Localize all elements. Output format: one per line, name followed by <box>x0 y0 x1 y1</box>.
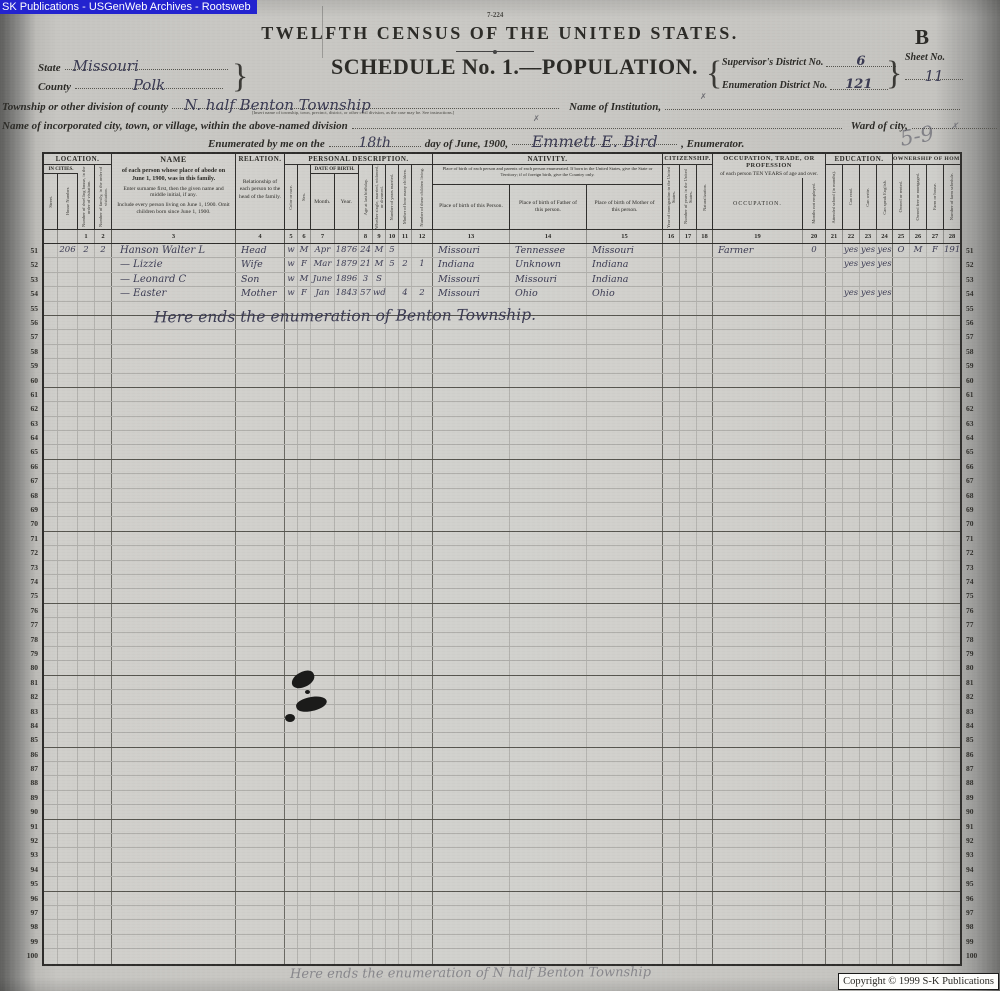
cell-pob <box>433 431 510 444</box>
cell-owned <box>893 575 910 588</box>
cell-living <box>412 719 433 732</box>
cell-family <box>95 848 112 861</box>
cell-sex <box>298 330 311 343</box>
cell-family <box>95 258 112 271</box>
cell-family <box>95 374 112 387</box>
cell-house <box>58 661 78 674</box>
table-row <box>44 820 960 834</box>
cell-months_unemp <box>803 402 826 415</box>
cell-school <box>826 489 843 502</box>
cell-name <box>112 863 236 876</box>
line-number: 84 <box>20 719 38 733</box>
cell-naturalization <box>697 762 713 775</box>
column-number-imm_year: 16 <box>663 230 680 243</box>
cell-living <box>412 431 433 444</box>
cell-years_us <box>680 417 697 430</box>
cell-dwelling <box>78 402 95 415</box>
line-number: 59 <box>20 359 38 373</box>
line-number: 93 <box>966 848 984 862</box>
cell-naturalization <box>697 604 713 617</box>
cell-english: yes <box>877 287 893 300</box>
cell-owned <box>893 287 910 300</box>
cell-year <box>335 906 359 919</box>
line-number: 80 <box>20 661 38 675</box>
cell-living <box>412 791 433 804</box>
cell-pob_mother <box>587 935 663 948</box>
cell-pob_father <box>510 848 587 861</box>
cell-relation <box>236 676 285 689</box>
cell-farm_no <box>944 604 960 617</box>
cell-marital <box>373 949 386 963</box>
cell-years_us <box>680 575 697 588</box>
cell-naturalization <box>697 661 713 674</box>
line-number: 63 <box>966 417 984 431</box>
cell-pob_mother <box>587 690 663 703</box>
line-number: 54 <box>20 287 38 301</box>
cell-dwelling <box>78 388 95 401</box>
cell-mother_of <box>399 848 412 861</box>
table-row <box>44 676 960 690</box>
cell-write <box>860 445 877 458</box>
cell-year <box>335 877 359 890</box>
cell-house <box>58 273 78 286</box>
supervisor-district-value: 6 <box>856 54 865 69</box>
cell-month <box>311 834 335 847</box>
cell-pob_father <box>510 647 587 660</box>
cell-color <box>285 661 298 674</box>
cell-color <box>285 503 298 516</box>
cell-english <box>877 561 893 574</box>
cell-occupation <box>713 474 803 487</box>
cell-relation <box>236 719 285 732</box>
group-nativity: NATIVITY. Place of birth of each person … <box>433 154 663 229</box>
cell-school <box>826 906 843 919</box>
cell-owned <box>893 402 910 415</box>
cell-sex <box>298 575 311 588</box>
cell-mother_of <box>399 633 412 646</box>
page-letter: B <box>915 25 930 50</box>
cell-read <box>843 316 860 329</box>
cell-month <box>311 474 335 487</box>
cell-occupation: Farmer <box>713 244 803 257</box>
cell-imm_year <box>663 661 680 674</box>
cell-write <box>860 489 877 502</box>
cell-read: yes <box>843 244 860 257</box>
cell-read <box>843 935 860 948</box>
cell-year <box>335 474 359 487</box>
cell-read <box>843 431 860 444</box>
cell-dwelling <box>78 618 95 631</box>
cell-marital <box>373 791 386 804</box>
cell-write <box>860 402 877 415</box>
cell-age <box>359 733 373 746</box>
cell-read <box>843 489 860 502</box>
cell-mother_of <box>399 935 412 948</box>
cell-pob_father <box>510 877 587 890</box>
state-value: Missouri <box>73 57 139 75</box>
cell-occupation <box>713 834 803 847</box>
cell-living <box>412 417 433 430</box>
line-number: 55 <box>966 302 984 316</box>
cell-color <box>285 834 298 847</box>
enumeration-district-value-line: 121 <box>830 77 888 90</box>
cell-family <box>95 805 112 818</box>
cell-owned <box>893 877 910 890</box>
col-mother-of-children: Mother of how many children. <box>399 165 412 229</box>
schedule-title: SCHEDULE No. 1.—POPULATION. <box>331 54 698 80</box>
cell-color <box>285 733 298 746</box>
cell-months_unemp <box>803 258 826 271</box>
cell-imm_year <box>663 892 680 905</box>
cell-school <box>826 820 843 833</box>
cell-mother_of <box>399 892 412 905</box>
line-number: 68 <box>20 489 38 503</box>
cell-owned <box>893 633 910 646</box>
cell-pob_father <box>510 776 587 789</box>
cell-farm_house <box>927 489 944 502</box>
cell-month <box>311 748 335 761</box>
table-row <box>44 719 960 733</box>
cell-sex <box>298 345 311 358</box>
cell-age <box>359 647 373 660</box>
cell-imm_year <box>663 633 680 646</box>
cell-mother_of <box>399 445 412 458</box>
cell-farm_no <box>944 474 960 487</box>
cell-street <box>44 949 58 963</box>
col-color-race: Color or race. <box>285 165 298 229</box>
cell-sex <box>298 791 311 804</box>
cell-pob <box>433 834 510 847</box>
cell-house <box>58 460 78 473</box>
cell-year <box>335 848 359 861</box>
cell-occupation <box>713 561 803 574</box>
col-months-not-employed: Months not employed. <box>803 178 825 229</box>
cell-street <box>44 532 58 545</box>
cell-house <box>58 604 78 617</box>
cell-read <box>843 302 860 315</box>
cell-school <box>826 589 843 602</box>
cell-relation <box>236 388 285 401</box>
cell-name <box>112 460 236 473</box>
cell-dwelling: 2 <box>78 244 95 257</box>
cell-pob_mother <box>587 820 663 833</box>
township-label: Township or other division of county <box>2 101 168 113</box>
cell-street <box>44 316 58 329</box>
cell-pob <box>433 489 510 502</box>
column-number-marital: 9 <box>373 230 386 243</box>
cell-farm_no <box>944 690 960 703</box>
county-value: Polk <box>133 76 165 94</box>
col-years-married: Number of years married. <box>386 165 399 229</box>
cell-sex <box>298 374 311 387</box>
cell-naturalization <box>697 546 713 559</box>
cell-farm_house <box>927 431 944 444</box>
cell-months_unemp <box>803 546 826 559</box>
cell-age <box>359 892 373 905</box>
cell-month <box>311 647 335 660</box>
group-name: NAME of each person whose place of abode… <box>112 154 236 229</box>
cell-pob <box>433 733 510 746</box>
cell-marital <box>373 431 386 444</box>
township-value-line: N. half Benton Township <box>172 96 559 109</box>
cell-farm_no <box>944 733 960 746</box>
cell-name <box>112 877 236 890</box>
cell-english <box>877 489 893 502</box>
cell-mother_of <box>399 618 412 631</box>
cell-years_us <box>680 776 697 789</box>
cell-years_us <box>680 733 697 746</box>
cell-farm_house <box>927 762 944 775</box>
column-number-months_unemp: 20 <box>803 230 826 243</box>
cell-pob_father <box>510 503 587 516</box>
cell-street <box>44 546 58 559</box>
cell-month <box>311 445 335 458</box>
cell-mortgage <box>910 892 927 905</box>
cell-year <box>335 460 359 473</box>
cell-write <box>860 359 877 372</box>
cell-imm_year <box>663 776 680 789</box>
cell-house <box>58 906 78 919</box>
cell-occupation <box>713 302 803 315</box>
cell-occupation <box>713 863 803 876</box>
col-owned-or-rented: Owned or rented. <box>893 165 910 229</box>
cell-farm_house <box>927 863 944 876</box>
cell-marital <box>373 776 386 789</box>
cell-mortgage <box>910 589 927 602</box>
cell-months_unemp <box>803 762 826 775</box>
cell-owned <box>893 374 910 387</box>
cell-marital <box>373 690 386 703</box>
column-number-pob_mother: 15 <box>587 230 663 243</box>
cell-name <box>112 474 236 487</box>
line-number: 74 <box>20 575 38 589</box>
cell-mortgage <box>910 906 927 919</box>
cell-naturalization <box>697 489 713 502</box>
cell-pob_mother <box>587 402 663 415</box>
table-row <box>44 402 960 416</box>
cell-family <box>95 388 112 401</box>
cell-year <box>335 575 359 588</box>
col-street: Street. <box>44 174 58 229</box>
cell-color <box>285 474 298 487</box>
cell-farm_no <box>944 561 960 574</box>
cell-pob_father <box>510 935 587 948</box>
cell-name <box>112 445 236 458</box>
cell-mortgage <box>910 374 927 387</box>
cell-mother_of <box>399 834 412 847</box>
cell-sex <box>298 762 311 775</box>
cell-mother_of <box>399 474 412 487</box>
cell-farm_house <box>927 302 944 315</box>
cell-color <box>285 805 298 818</box>
cell-house <box>58 776 78 789</box>
cell-imm_year <box>663 503 680 516</box>
line-number: 87 <box>966 762 984 776</box>
cell-imm_year <box>663 863 680 876</box>
cell-read <box>843 546 860 559</box>
col-owned-free-or-mortgaged: Owned free or mortgaged. <box>910 165 927 229</box>
cell-pob_father: Tennessee <box>510 244 587 257</box>
table-row <box>44 920 960 934</box>
cell-years_us <box>680 244 697 257</box>
cell-occupation <box>713 791 803 804</box>
cell-name <box>112 892 236 905</box>
cell-pob <box>433 848 510 861</box>
table-row <box>44 949 960 963</box>
cell-years_married <box>386 661 399 674</box>
cell-write <box>860 690 877 703</box>
cell-month <box>311 460 335 473</box>
line-number: 84 <box>966 719 984 733</box>
cell-street <box>44 935 58 948</box>
line-number: 61 <box>966 388 984 402</box>
cell-marital: S <box>373 273 386 286</box>
cell-pob_father <box>510 345 587 358</box>
cell-months_unemp <box>803 848 826 861</box>
cell-month: Jan <box>311 287 335 300</box>
cell-relation <box>236 863 285 876</box>
cell-street <box>44 618 58 631</box>
cell-age <box>359 374 373 387</box>
cell-occupation <box>713 489 803 502</box>
cell-write <box>860 935 877 948</box>
cell-english <box>877 661 893 674</box>
line-number: 86 <box>966 748 984 762</box>
cell-house <box>58 633 78 646</box>
cell-english <box>877 503 893 516</box>
cell-farm_house <box>927 949 944 963</box>
cell-family <box>95 561 112 574</box>
cell-occupation <box>713 258 803 271</box>
cell-months_unemp <box>803 647 826 660</box>
cell-farm_house <box>927 503 944 516</box>
line-number: 89 <box>20 791 38 805</box>
cell-imm_year <box>663 920 680 933</box>
cell-english <box>877 460 893 473</box>
cell-mortgage <box>910 417 927 430</box>
cell-read <box>843 474 860 487</box>
cell-read <box>843 690 860 703</box>
cell-years_us <box>680 330 697 343</box>
cell-month <box>311 776 335 789</box>
table-row <box>44 445 960 459</box>
cell-mortgage <box>910 330 927 343</box>
enumerator-name-line: Emmett E. Bird <box>512 132 677 145</box>
scanned-census-page: 7-224 TWELFTH CENSUS OF THE UNITED STATE… <box>0 0 1000 991</box>
cell-years_us <box>680 546 697 559</box>
cell-relation <box>236 503 285 516</box>
cell-farm_house <box>927 374 944 387</box>
state-line: State Missouri <box>38 57 228 76</box>
cell-read <box>843 388 860 401</box>
cell-write <box>860 920 877 933</box>
cell-imm_year <box>663 647 680 660</box>
cell-school <box>826 805 843 818</box>
table-row <box>44 388 960 402</box>
cell-family <box>95 676 112 689</box>
cell-farm_no <box>944 302 960 315</box>
cell-color <box>285 575 298 588</box>
cell-dwelling <box>78 431 95 444</box>
cell-occupation <box>713 906 803 919</box>
cell-years_us <box>680 935 697 948</box>
cell-year <box>335 345 359 358</box>
cell-street <box>44 302 58 315</box>
cell-sex <box>298 445 311 458</box>
occupation-desc: of each person TEN YEARS of age and over… <box>713 170 825 179</box>
cell-farm_house <box>927 848 944 861</box>
relation-title: RELATION. <box>236 154 284 165</box>
cell-years_married <box>386 733 399 746</box>
cell-months_unemp <box>803 589 826 602</box>
cell-years_us <box>680 834 697 847</box>
cell-family <box>95 546 112 559</box>
cell-relation <box>236 402 285 415</box>
cell-read <box>843 877 860 890</box>
cell-years_married <box>386 618 399 631</box>
cell-write <box>860 776 877 789</box>
group-citizenship: CITIZENSHIP. Year of immigration to the … <box>663 154 713 229</box>
cell-relation <box>236 532 285 545</box>
line-number: 65 <box>966 445 984 459</box>
line-number: 82 <box>20 690 38 704</box>
cell-street <box>44 273 58 286</box>
cell-naturalization <box>697 705 713 718</box>
cell-english <box>877 935 893 948</box>
cell-marital <box>373 647 386 660</box>
cell-living <box>412 604 433 617</box>
column-number-mortgage: 26 <box>910 230 927 243</box>
cell-owned <box>893 503 910 516</box>
cell-naturalization <box>697 848 713 861</box>
cell-years_married <box>386 517 399 530</box>
cell-months_unemp <box>803 633 826 646</box>
cell-read <box>843 906 860 919</box>
table-row <box>44 330 960 344</box>
cell-living <box>412 503 433 516</box>
cell-mother_of <box>399 748 412 761</box>
cell-years_married <box>386 474 399 487</box>
cell-mortgage <box>910 690 927 703</box>
cell-dwelling <box>78 820 95 833</box>
cell-school <box>826 517 843 530</box>
cell-pob_mother <box>587 445 663 458</box>
cell-marital <box>373 374 386 387</box>
cell-street <box>44 330 58 343</box>
county-line: County Polk <box>38 76 223 95</box>
cell-house <box>58 791 78 804</box>
cell-pob_father <box>510 791 587 804</box>
cell-farm_house <box>927 834 944 847</box>
cell-pob_mother <box>587 460 663 473</box>
cell-street <box>44 791 58 804</box>
cell-pob <box>433 460 510 473</box>
cell-marital <box>373 445 386 458</box>
table-row <box>44 892 960 906</box>
col-attended-school: Attended school (in months). <box>826 165 843 229</box>
cell-pob_mother <box>587 733 663 746</box>
cell-years_married <box>386 690 399 703</box>
cell-farm_no <box>944 532 960 545</box>
cell-farm_no <box>944 258 960 271</box>
cell-relation <box>236 877 285 890</box>
cell-farm_house <box>927 647 944 660</box>
cell-sex <box>298 935 311 948</box>
cell-owned <box>893 848 910 861</box>
cell-mother_of <box>399 705 412 718</box>
cell-years_us <box>680 762 697 775</box>
cell-living <box>412 273 433 286</box>
